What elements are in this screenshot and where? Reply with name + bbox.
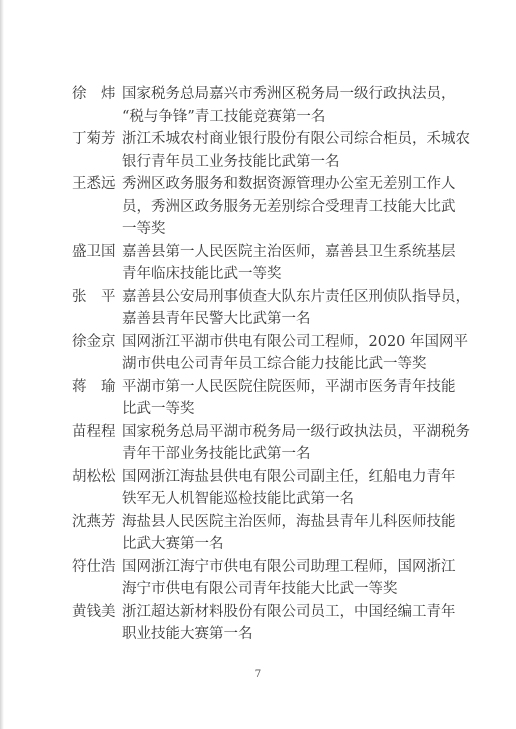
description-line: 浙江超达新材料股份有限公司员工，中国经编工青年 xyxy=(122,601,478,624)
award-description: 国家税务总局平湖市税务局一级行政执法员，平湖税务 青年干部业务技能比武第一名 xyxy=(122,421,478,466)
description-line: 银行青年员工业务技能比武第一名 xyxy=(122,151,478,174)
recipient-name: 丁菊芳 xyxy=(72,128,117,151)
description-line: 一等奖 xyxy=(122,218,478,241)
description-line: 国家税务总局平湖市税务局一级行政执法员，平湖税务 xyxy=(122,421,478,444)
description-line: 秀洲区政务服务和数据资源管理办公室无差别工作人 xyxy=(122,173,478,196)
recipient-name: 张 平 xyxy=(72,286,117,309)
description-line: 青年干部业务技能比武第一名 xyxy=(122,443,478,466)
description-line: 湖市供电公司青年员工综合能力技能比武一等奖 xyxy=(122,353,478,376)
description-line: 青年临床技能比武一等奖 xyxy=(122,263,478,286)
award-entry: 苗程程 国家税务总局平湖市税务局一级行政执法员，平湖税务 青年干部业务技能比武第… xyxy=(72,421,478,466)
award-entry: 沈燕芳 海盐县人民医院主治医师，海盐县青年儿科医师技能 比武大赛第一名 xyxy=(72,511,478,556)
description-line: 嘉善县公安局刑事侦查大队东片责任区刑侦队指导员， xyxy=(122,286,478,309)
description-line: “税与争锋”青工技能竞赛第一名 xyxy=(122,106,478,129)
award-entry: 蒋 瑜 平湖市第一人民医院住院医师，平湖市医务青年技能 比武一等奖 xyxy=(72,376,478,421)
recipient-name: 蒋 瑜 xyxy=(72,376,117,399)
recipient-name: 沈燕芳 xyxy=(72,511,117,534)
recipient-name: 胡松松 xyxy=(72,466,117,489)
award-description: 海盐县人民医院主治医师，海盐县青年儿科医师技能 比武大赛第一名 xyxy=(122,511,478,556)
award-entry: 胡松松 国网浙江海盐县供电有限公司副主任，红船电力青年 铁军无人机智能巡检技能比… xyxy=(72,466,478,511)
award-description: 浙江禾城农村商业银行股份有限公司综合柜员，禾城农 银行青年员工业务技能比武第一名 xyxy=(122,128,478,173)
recipient-name: 符仕浩 xyxy=(72,556,117,579)
description-line: 海宁市供电有限公司青年技能大比武一等奖 xyxy=(122,578,478,601)
award-entry: 徐金京 国网浙江平湖市供电有限公司工程师，2020 年国网平 湖市供电公司青年员… xyxy=(72,331,478,376)
description-line: 海盐县人民医院主治医师，海盐县青年儿科医师技能 xyxy=(122,511,478,534)
description-line: 比武大赛第一名 xyxy=(122,533,478,556)
recipient-name: 王悉远 xyxy=(72,173,117,196)
award-description: 国网浙江平湖市供电有限公司工程师，2020 年国网平 湖市供电公司青年员工综合能… xyxy=(122,331,478,376)
description-line: 国网浙江海盐县供电有限公司副主任，红船电力青年 xyxy=(122,466,478,489)
description-line: 铁军无人机智能巡检技能比武第一名 xyxy=(122,488,478,511)
recipient-name: 苗程程 xyxy=(72,421,117,444)
description-line: 国家税务总局嘉兴市秀洲区税务局一级行政执法员， xyxy=(122,83,478,106)
award-entry: 王悉远 秀洲区政务服务和数据资源管理办公室无差别工作人 员，秀洲区政务服务无差别… xyxy=(72,173,478,241)
description-line: 浙江禾城农村商业银行股份有限公司综合柜员，禾城农 xyxy=(122,128,478,151)
award-entry: 丁菊芳 浙江禾城农村商业银行股份有限公司综合柜员，禾城农 银行青年员工业务技能比… xyxy=(72,128,478,173)
recipient-name: 徐金京 xyxy=(72,331,117,354)
description-line: 平湖市第一人民医院住院医师，平湖市医务青年技能 xyxy=(122,376,478,399)
description-line: 比武一等奖 xyxy=(122,398,478,421)
recipient-name: 徐 炜 xyxy=(72,83,117,106)
award-list: 徐 炜 国家税务总局嘉兴市秀洲区税务局一级行政执法员， “税与争锋”青工技能竞赛… xyxy=(72,83,478,646)
recipient-name: 盛卫国 xyxy=(72,241,117,264)
description-line: 职业技能大赛第一名 xyxy=(122,623,478,646)
page-scan-edge xyxy=(0,0,4,729)
description-line: 员，秀洲区政务服务无差别综合受理青工技能大比武 xyxy=(122,196,478,219)
description-line: 嘉善县第一人民医院主治医师，嘉善县卫生系统基层 xyxy=(122,241,478,264)
award-entry: 盛卫国 嘉善县第一人民医院主治医师，嘉善县卫生系统基层 青年临床技能比武一等奖 xyxy=(72,241,478,286)
award-description: 嘉善县公安局刑事侦查大队东片责任区刑侦队指导员， 嘉善县青年民警大比武第一名 xyxy=(122,286,478,331)
award-description: 国网浙江海盐县供电有限公司副主任，红船电力青年 铁军无人机智能巡检技能比武第一名 xyxy=(122,466,478,511)
award-entry: 符仕浩 国网浙江海宁市供电有限公司助理工程师，国网浙江 海宁市供电有限公司青年技… xyxy=(72,556,478,601)
award-description: 嘉善县第一人民医院主治医师，嘉善县卫生系统基层 青年临床技能比武一等奖 xyxy=(122,241,478,286)
award-entry: 徐 炜 国家税务总局嘉兴市秀洲区税务局一级行政执法员， “税与争锋”青工技能竞赛… xyxy=(72,83,478,128)
description-line: 国网浙江平湖市供电有限公司工程师，2020 年国网平 xyxy=(122,331,478,354)
award-entry: 张 平 嘉善县公安局刑事侦查大队东片责任区刑侦队指导员， 嘉善县青年民警大比武第… xyxy=(72,286,478,331)
recipient-name: 黄钱美 xyxy=(72,601,117,624)
award-description: 国网浙江海宁市供电有限公司助理工程师，国网浙江 海宁市供电有限公司青年技能大比武… xyxy=(122,556,478,601)
award-description: 国家税务总局嘉兴市秀洲区税务局一级行政执法员， “税与争锋”青工技能竞赛第一名 xyxy=(122,83,478,128)
award-description: 平湖市第一人民医院住院医师，平湖市医务青年技能 比武一等奖 xyxy=(122,376,478,421)
description-line: 嘉善县青年民警大比武第一名 xyxy=(122,308,478,331)
award-entry: 黄钱美 浙江超达新材料股份有限公司员工，中国经编工青年 职业技能大赛第一名 xyxy=(72,601,478,646)
page-number: 7 xyxy=(0,668,516,680)
description-line: 国网浙江海宁市供电有限公司助理工程师，国网浙江 xyxy=(122,556,478,579)
award-description: 秀洲区政务服务和数据资源管理办公室无差别工作人 员，秀洲区政务服务无差别综合受理… xyxy=(122,173,478,241)
award-description: 浙江超达新材料股份有限公司员工，中国经编工青年 职业技能大赛第一名 xyxy=(122,601,478,646)
